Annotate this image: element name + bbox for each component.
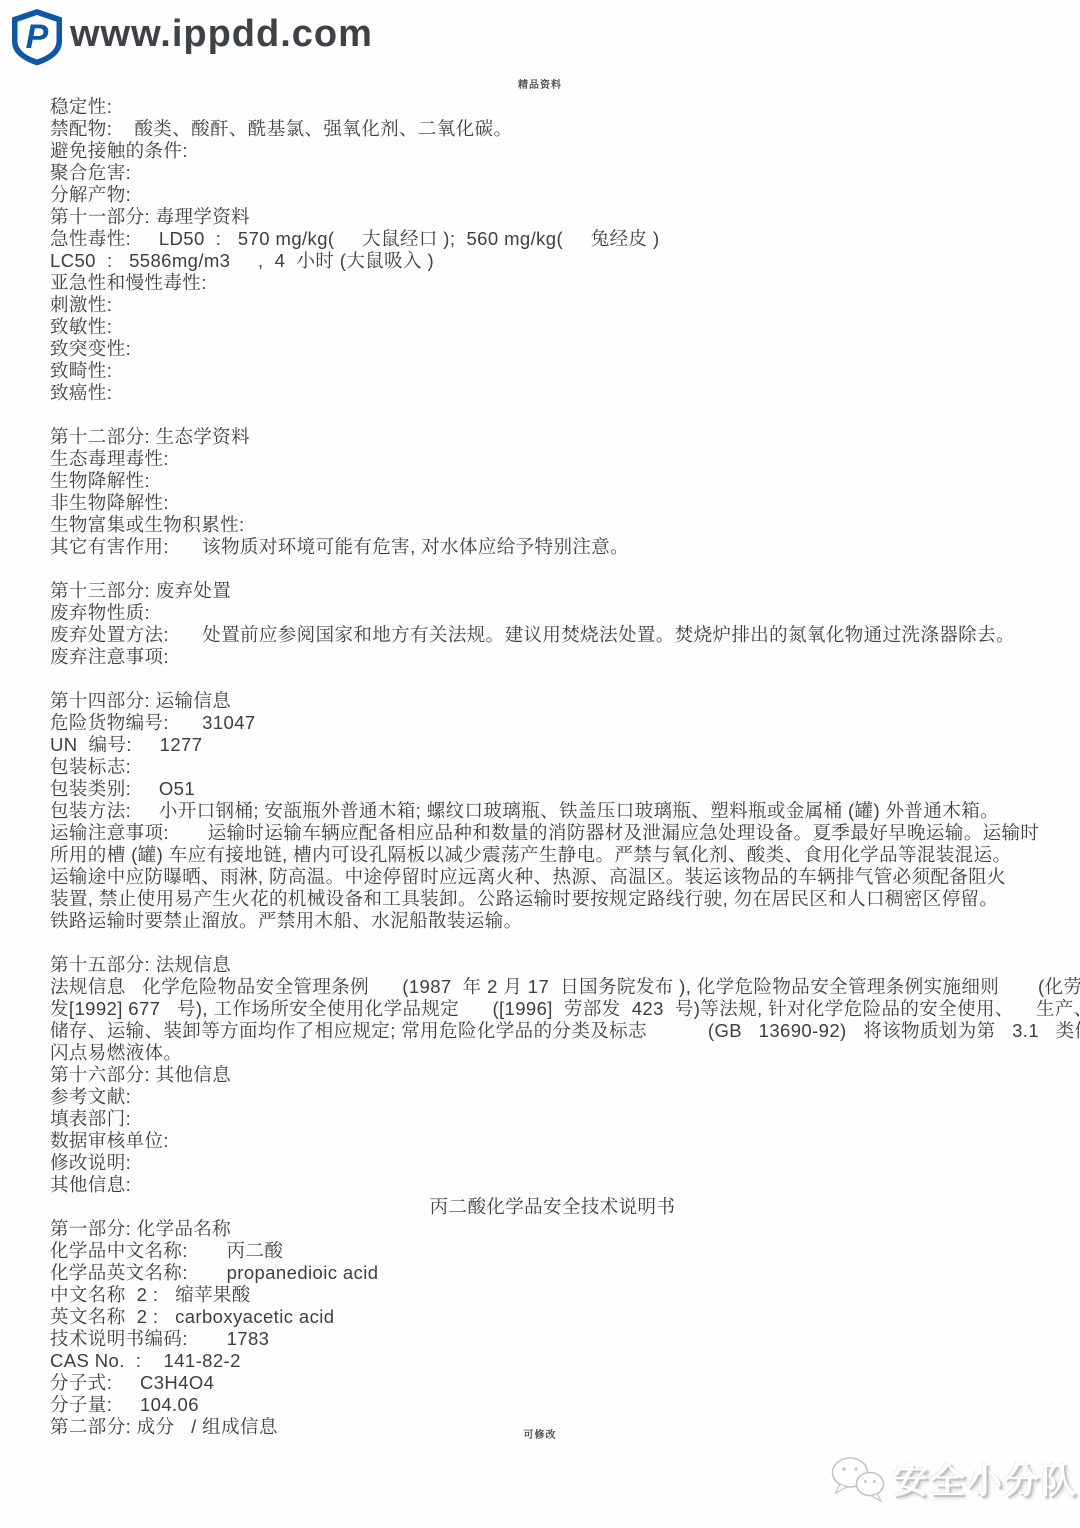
- doc-line: 填表部门:: [50, 1108, 1055, 1130]
- doc-line: 废弃处置方法: 处置前应参阅国家和地方有关法规。建议用焚烧法处置。焚烧炉排出的氮…: [50, 624, 1055, 646]
- doc-line: 刺激性:: [50, 294, 1055, 316]
- doc-line: 禁配物: 酸类、酸酐、酰基氯、强氧化剂、二氧化碳。: [50, 118, 1055, 140]
- footer-badge-label: 安全小分队: [893, 1454, 1078, 1504]
- document-body: 稳定性:禁配物: 酸类、酸酐、酰基氯、强氧化剂、二氧化碳。避免接触的条件:聚合危…: [50, 96, 1055, 1438]
- doc-line: 致畸性:: [50, 360, 1055, 382]
- doc-line: 运输途中应防曝晒、雨淋, 防高温。中途停留时应远离火种、热源、高温区。装运该物品…: [50, 866, 1055, 888]
- doc-line: 第十六部分: 其他信息: [50, 1064, 1055, 1086]
- doc-line: 包装类别: O51: [50, 778, 1055, 800]
- top-watermark-text: 精品资料: [0, 76, 1080, 91]
- doc-line: 英文名称 2 : carboxyacetic acid: [50, 1306, 1055, 1328]
- doc-line: 分子量: 104.06: [50, 1394, 1055, 1416]
- footer-brand-badge: 安全小分队: [829, 1454, 1078, 1504]
- doc-line: 化学品英文名称: propanedioic acid: [50, 1262, 1055, 1284]
- logo-letter: P: [26, 18, 49, 56]
- doc-line: 急性毒性: LD50 : 570 mg/kg( 大鼠经口 ); 560 mg/k…: [50, 228, 1055, 250]
- doc-line: 致癌性:: [50, 382, 1055, 404]
- doc-line: 分子式: C3H4O4: [50, 1372, 1055, 1394]
- doc-line: 聚合危害:: [50, 162, 1055, 184]
- doc-line: 技术说明书编码: 1783: [50, 1328, 1055, 1350]
- doc-line: 生态毒理毒性:: [50, 448, 1055, 470]
- doc-line: UN 编号: 1277: [50, 734, 1055, 756]
- doc-line: 避免接触的条件:: [50, 140, 1055, 162]
- doc-line: 第一部分: 化学品名称: [50, 1218, 1055, 1240]
- doc-line: 第十三部分: 废弃处置: [50, 580, 1055, 602]
- doc-line: 致突变性:: [50, 338, 1055, 360]
- doc-line: 其它有害作用: 该物质对环境可能有危害, 对水体应给予特别注意。: [50, 536, 1055, 558]
- doc-line: 修改说明:: [50, 1152, 1055, 1174]
- doc-line: 第十一部分: 毒理学资料: [50, 206, 1055, 228]
- doc-line: 所用的槽 (罐) 车应有接地链, 槽内可设孔隔板以减少震荡产生静电。严禁与氧化剂…: [50, 844, 1055, 866]
- doc-line: 致敏性:: [50, 316, 1055, 338]
- doc-line: 包装方法: 小开口钢桶; 安瓿瓶外普通木箱; 螺纹口玻璃瓶、铁盖压口玻璃瓶、塑料…: [50, 800, 1055, 822]
- doc-blank-line: [50, 558, 1055, 580]
- doc-line: 生物富集或生物积累性:: [50, 514, 1055, 536]
- doc-line: 亚急性和慢性毒性:: [50, 272, 1055, 294]
- scanned-msds-page: P www.ippdd.com 精品资料 稳定性:禁配物: 酸类、酸酐、酰基氯、…: [0, 0, 1080, 1528]
- doc-line: 分解产物:: [50, 184, 1055, 206]
- doc-title-line: 丙二酸化学品安全技术说明书: [50, 1196, 1055, 1218]
- doc-line: 非生物降解性:: [50, 492, 1055, 514]
- bottom-watermark-text: 可修改: [0, 1426, 1080, 1441]
- doc-line: 发[1992] 677 号), 工作场所安全使用化学品规定 ([1996] 劳部…: [50, 998, 1055, 1020]
- shield-p-logo-icon: P: [8, 7, 66, 67]
- site-header: P www.ippdd.com: [0, 0, 1080, 70]
- doc-blank-line: [50, 404, 1055, 426]
- doc-line: 运输注意事项: 运输时运输车辆应配备相应品种和数量的消防器材及泄漏应急处理设备。…: [50, 822, 1055, 844]
- doc-blank-line: [50, 932, 1055, 954]
- doc-line: 储存、运输、装卸等方面均作了相应规定; 常用危险化学品的分类及标志 (GB 13…: [50, 1020, 1055, 1042]
- doc-line: 数据审核单位:: [50, 1130, 1055, 1152]
- doc-line: 其他信息:: [50, 1174, 1055, 1196]
- doc-line: 废弃物性质:: [50, 602, 1055, 624]
- doc-line: 闪点易燃液体。: [50, 1042, 1055, 1064]
- doc-line: 铁路运输时要禁止溜放。严禁用木船、水泥船散装运输。: [50, 910, 1055, 932]
- doc-line: 化学品中文名称: 丙二酸: [50, 1240, 1055, 1262]
- wechat-chat-bubbles-icon: [829, 1454, 887, 1504]
- doc-line: CAS No. : 141-82-2: [50, 1350, 1055, 1372]
- doc-line: 生物降解性:: [50, 470, 1055, 492]
- site-url: www.ippdd.com: [70, 13, 373, 56]
- doc-line: 第十二部分: 生态学资料: [50, 426, 1055, 448]
- doc-line: 第十四部分: 运输信息: [50, 690, 1055, 712]
- doc-line: 包装标志:: [50, 756, 1055, 778]
- doc-line: 危险货物编号: 31047: [50, 712, 1055, 734]
- doc-line: LC50 : 5586mg/m3 , 4 小时 (大鼠吸入 ): [50, 250, 1055, 272]
- doc-line: 稳定性:: [50, 96, 1055, 118]
- doc-line: 装置, 禁止使用易产生火花的机械设备和工具装卸。公路运输时要按规定路线行驶, 勿…: [50, 888, 1055, 910]
- doc-line: 法规信息 化学危险物品安全管理条例 (1987 年 2 月 17 日国务院发布 …: [50, 976, 1055, 998]
- doc-line: 中文名称 2 : 缩苹果酸: [50, 1284, 1055, 1306]
- doc-blank-line: [50, 668, 1055, 690]
- doc-line: 废弃注意事项:: [50, 646, 1055, 668]
- doc-line: 第十五部分: 法规信息: [50, 954, 1055, 976]
- doc-line: 参考文献:: [50, 1086, 1055, 1108]
